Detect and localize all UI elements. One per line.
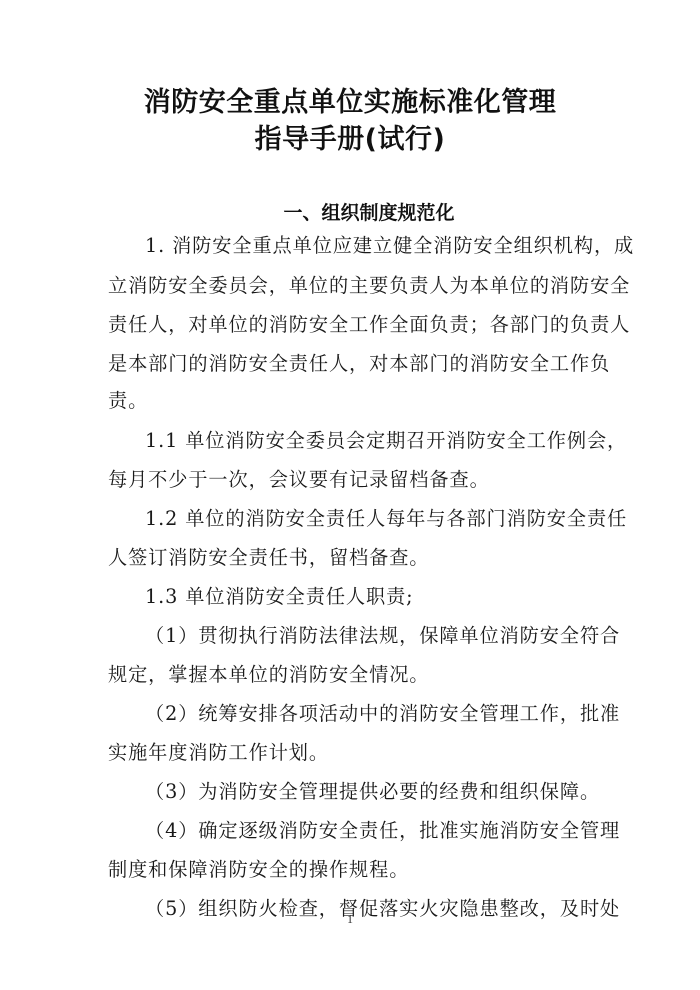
- body-line: 责。: [108, 388, 598, 414]
- body-line: 实施年度消防工作计划。: [108, 740, 598, 766]
- document-page: 消防安全重点单位实施标准化管理 指导手册(试行) 一、组织制度规范化 1. 消防…: [0, 0, 700, 990]
- body-line: （4）确定逐级消防安全责任，批准实施消防安全管理: [145, 818, 598, 844]
- body-line: 人签订消防安全责任书，留档备查。: [108, 545, 598, 571]
- body-line: 每月不少于一次，会议要有记录留档备查。: [108, 467, 598, 493]
- body-line: （3）为消防安全管理提供必要的经费和组织保障。: [145, 779, 598, 805]
- body-line: 规定，掌握本单位的消防安全情况。: [108, 662, 598, 688]
- document-title-line-1: 消防安全重点单位实施标准化管理: [0, 86, 700, 120]
- body-line: 是本部门的消防安全责任人，对本部门的消防安全工作负: [108, 351, 598, 377]
- body-line: 1.1 单位消防安全委员会定期召开消防安全工作例会，: [145, 428, 598, 454]
- body-line: （1）贯彻执行消防法律法规，保障单位消防安全符合: [145, 623, 598, 649]
- document-title-line-2: 指导手册(试行): [0, 123, 700, 157]
- page-number: 1: [0, 912, 700, 927]
- body-line: 1.2 单位的消防安全责任人每年与各部门消防安全责任: [145, 506, 598, 532]
- body-line: 制度和保障消防安全的操作规程。: [108, 857, 598, 883]
- body-line: 1. 消防安全重点单位应建立健全消防安全组织机构，成: [145, 233, 598, 259]
- body-line: 责任人，对单位的消防安全工作全面负责；各部门的负责人: [108, 312, 598, 338]
- body-line: 1.3 单位消防安全责任人职责;: [145, 584, 598, 610]
- body-line: （2）统筹安排各项活动中的消防安全管理工作，批准: [145, 701, 598, 727]
- body-line: 立消防安全委员会，单位的主要负责人为本单位的消防安全: [108, 273, 598, 299]
- section-heading: 一、组织制度规范化: [0, 199, 700, 227]
